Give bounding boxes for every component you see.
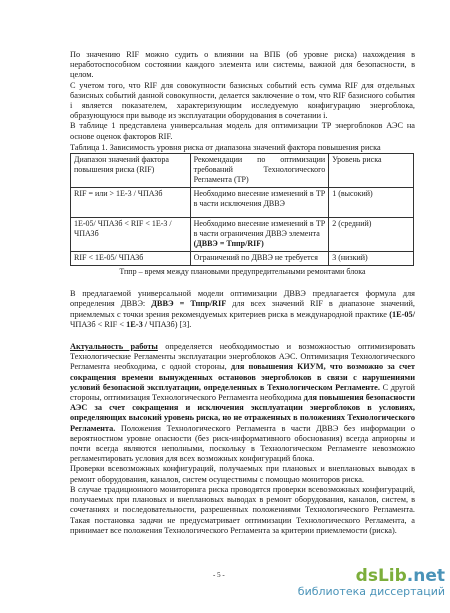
recommendation-text: Необходимо внесение изменений в ТР в час… (194, 219, 326, 238)
formula-text: (ДВВЭ = Тппр/RIF) (194, 239, 264, 248)
cell-recommendation: Ограничений по ДВВЭ не требуется (190, 252, 329, 266)
paragraph-checks: Проверки всевозможных конфигураций, полу… (70, 464, 415, 484)
paragraph-traditional-monitoring: В случае традиционного мониторинга риска… (70, 485, 415, 536)
cell-range: RIF < 1E-05/ ЧПАЗб (71, 252, 191, 266)
table-row: 1E-05/ ЧПАЗб < RIF < 1E-3 / ЧПАЗб Необхо… (71, 218, 414, 252)
cell-level: 3 (низкий) (329, 252, 414, 266)
paragraph-rif-sum: С учетом того, что RIF для совокупности … (70, 81, 415, 122)
table-row: RIF < 1E-05/ ЧПАЗб Ограничений по ДВВЭ н… (71, 252, 414, 266)
cell-recommendation: Необходимо внесение изменений в ТР в час… (190, 188, 329, 218)
relevance-heading: Актуальность работы (70, 342, 158, 351)
header-recommendation: Рекомендации по оптимизации требований Т… (190, 154, 329, 188)
watermark-brand: dsLib.net (298, 567, 445, 585)
header-risk-level: Уровень риска (329, 154, 414, 188)
table-row: RIF = или > 1E-3 / ЧПАЗб Необходимо внес… (71, 188, 414, 218)
paragraph-formula: В предлагаемой универсальной модели опти… (70, 289, 415, 330)
table-note: Тппр – время между плановыми предупредит… (70, 267, 415, 277)
watermark: dsLib.net библиотека диссертаций (298, 567, 445, 598)
brand-ds: dsLib (356, 566, 407, 586)
paragraph-rif-influence: По значению RIF можно судить о влиянии н… (70, 50, 415, 81)
bold-run: (1E-05/ (389, 310, 415, 319)
formula-bold: ДВВЭ = Тппр/RIF (151, 299, 226, 308)
text-run: Положения Технологического Регламента в … (70, 424, 415, 464)
document-page: По значению RIF можно судить о влиянии н… (70, 50, 415, 536)
brand-net: .net (407, 566, 445, 586)
cell-level: 2 (средний) (329, 218, 414, 252)
bold-run: 1E-3 / (126, 320, 147, 329)
cell-recommendation: Необходимо внесение изменений в ТР в час… (190, 218, 329, 252)
text-run: ЧПАЗб) [3]. (147, 320, 191, 329)
cell-range: 1E-05/ ЧПАЗб < RIF < 1E-3 / ЧПАЗб (71, 218, 191, 252)
paragraph-table-intro: В таблице 1 представлена универсальная м… (70, 121, 415, 141)
risk-level-table: Диапазон значений фактора повышения риск… (70, 153, 414, 266)
page-number: - 5 - (213, 571, 225, 579)
text-run: ЧПАЗб < RIF < (70, 320, 126, 329)
table-caption: Таблица 1. Зависимость уровня риска от д… (70, 143, 415, 153)
cell-range: RIF = или > 1E-3 / ЧПАЗб (71, 188, 191, 218)
watermark-subtitle: библиотека диссертаций (298, 585, 445, 598)
table-header-row: Диапазон значений фактора повышения риск… (71, 154, 414, 188)
paragraph-relevance: Актуальность работы определяется необход… (70, 342, 415, 464)
header-rif-range: Диапазон значений фактора повышения риск… (71, 154, 191, 188)
cell-level: 1 (высокий) (329, 188, 414, 218)
